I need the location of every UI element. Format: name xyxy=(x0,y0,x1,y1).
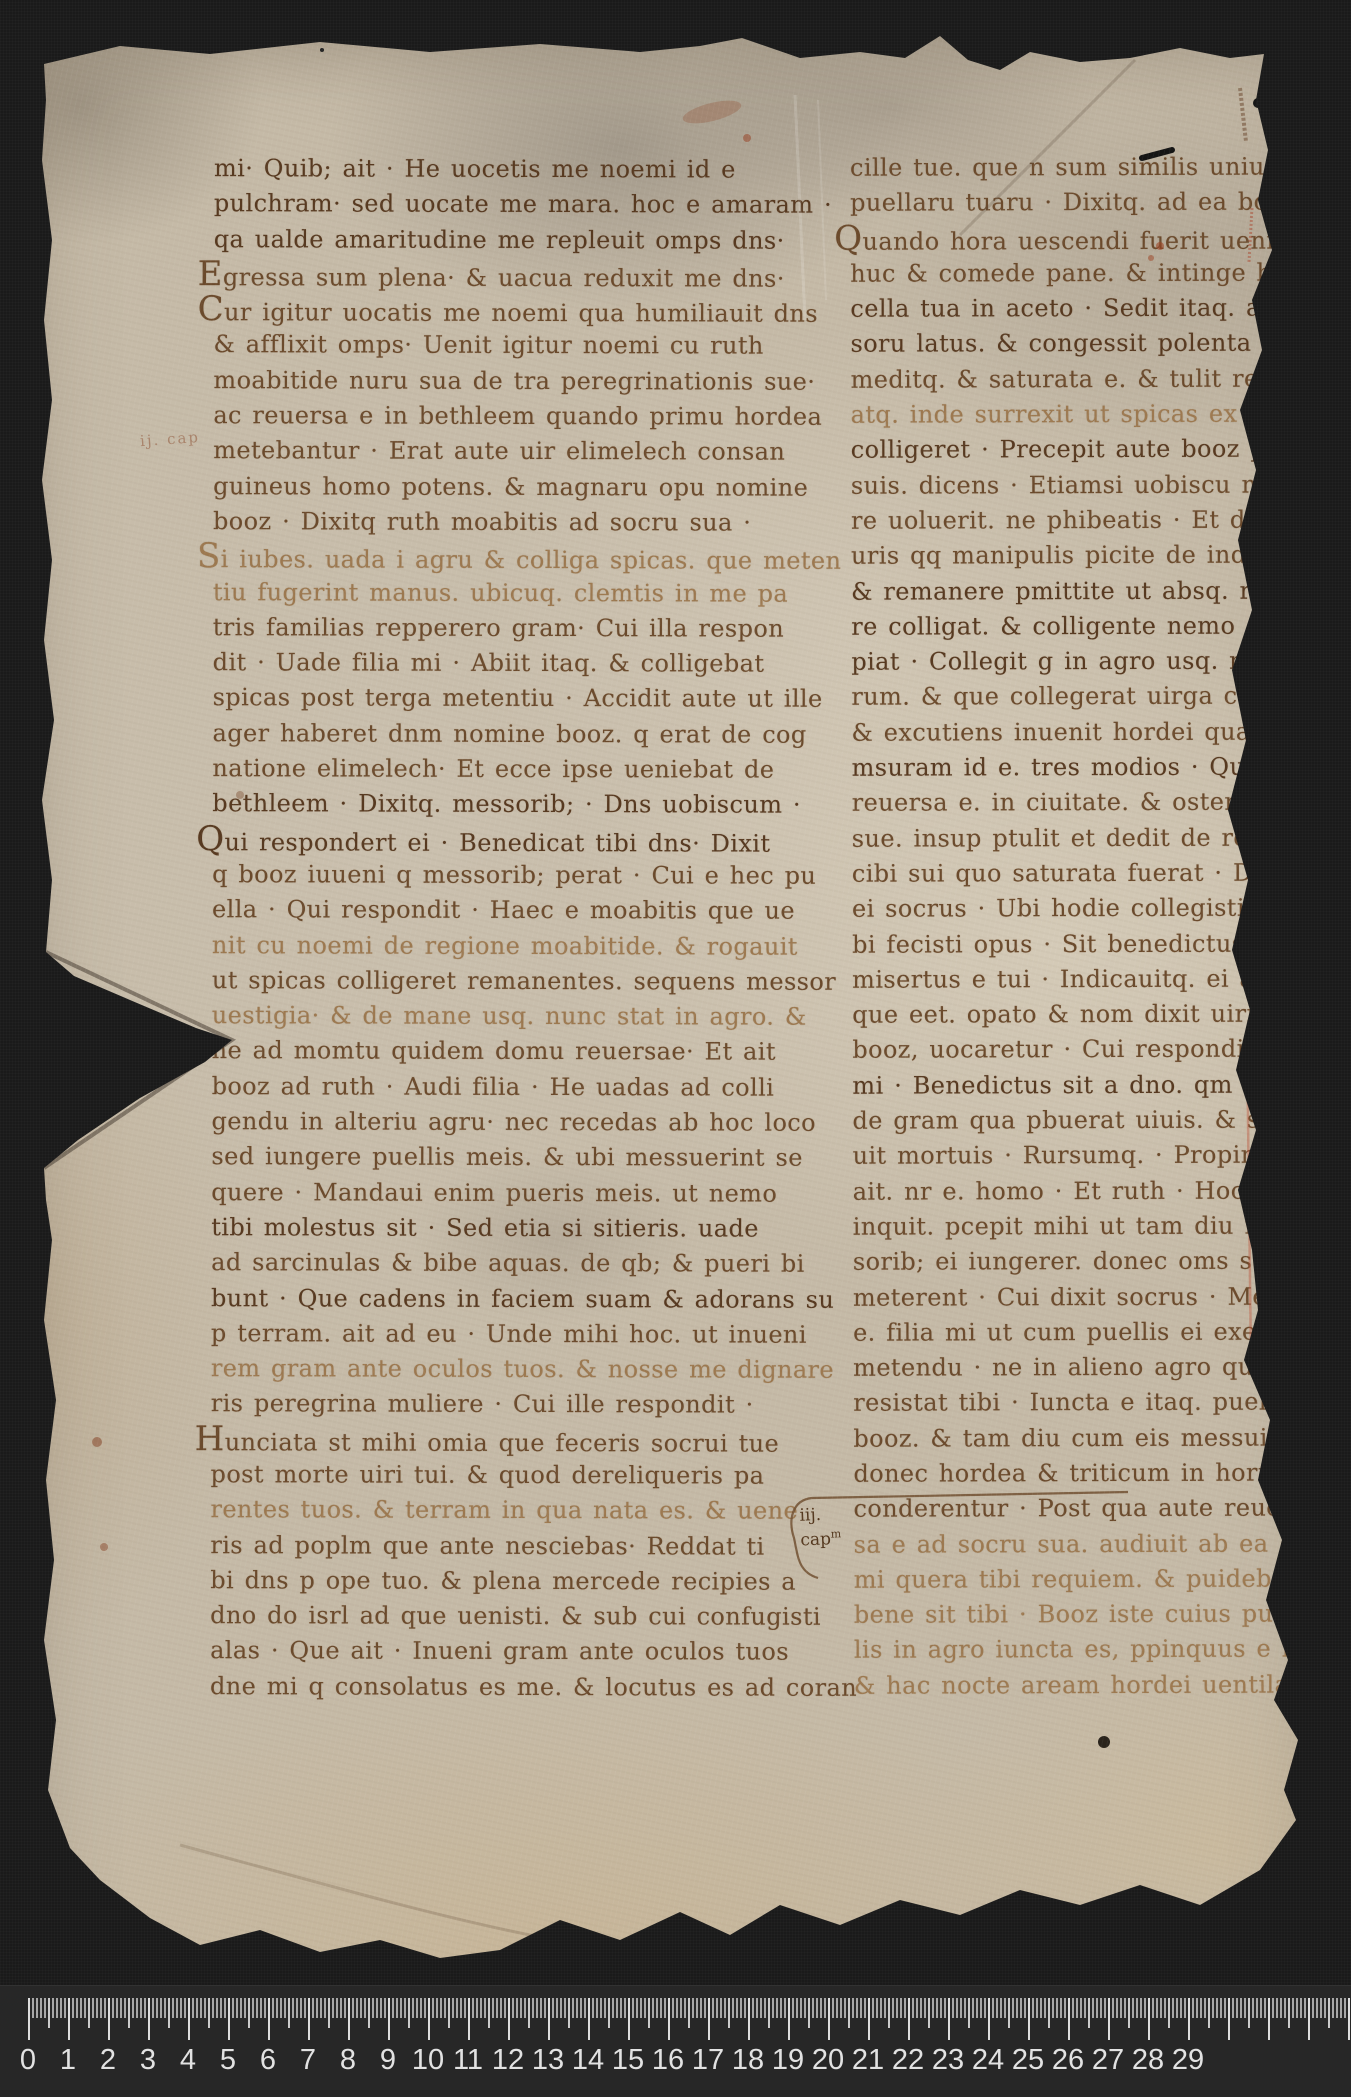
ruler-tick xyxy=(424,1998,426,2018)
ruler-tick xyxy=(1120,1998,1122,2018)
ruler-tick xyxy=(1040,1998,1042,2018)
ruler-tick xyxy=(1216,1998,1218,2018)
ruler-tick xyxy=(688,1998,690,2028)
manuscript-line: tiu fugerint manus. ubicuq. clemtis in m… xyxy=(213,575,853,612)
ruler-tick xyxy=(1100,1998,1102,2018)
parchment-hole xyxy=(1253,98,1263,108)
ruler-tick xyxy=(1300,1998,1302,2018)
ruler-tick xyxy=(892,1998,894,2018)
ruler-tick xyxy=(1284,1998,1286,2018)
ruler-tick xyxy=(168,1998,170,2028)
ruler-tick xyxy=(700,1998,702,2018)
ruler-tick xyxy=(660,1998,662,2018)
manuscript-line: sed iungere puellis meis. & ubi messueri… xyxy=(211,1139,851,1176)
ruler-tick xyxy=(1068,1998,1070,2040)
ruler-tick xyxy=(320,1998,322,2018)
ruler-tick xyxy=(1144,1998,1146,2018)
ruler-tick xyxy=(1092,1998,1094,2018)
ruler-tick xyxy=(92,1998,94,2018)
manuscript-line: booz · Dixitq ruth moabitis ad socru sua… xyxy=(213,504,853,541)
ruler-tick xyxy=(616,1998,618,2018)
ruler-tick xyxy=(916,1998,918,2018)
manuscript-line: donec hordea & triticum in horre xyxy=(853,1455,1351,1492)
stain xyxy=(92,1437,102,1447)
manuscript-line: metendu · ne in alieno agro quispi xyxy=(853,1349,1351,1386)
manuscript-line: reuersa e. in ciuitate. & ostendit socr xyxy=(852,785,1351,822)
ruler-tick xyxy=(760,1998,762,2018)
ruler-tick xyxy=(776,1998,778,2018)
ruler-tick xyxy=(712,1998,714,2018)
manuscript-line: & afflixit omps· Uenit igitur noemi cu r… xyxy=(213,328,853,365)
ruler-tick xyxy=(364,1998,366,2018)
ruler-tick xyxy=(1172,1998,1174,2018)
ruler-tick xyxy=(636,1998,638,2018)
ruler-tick xyxy=(36,1998,38,2018)
ruler-tick xyxy=(628,1998,630,2040)
ruler-tick xyxy=(1264,1998,1266,2018)
ruler-tick xyxy=(604,1998,606,2018)
ruler-number: 26 xyxy=(1052,2044,1084,2077)
ruler-tick xyxy=(492,1998,494,2018)
ruler-tick xyxy=(968,1998,970,2028)
manuscript-line: Hunciata st mihi omia que feceris socrui… xyxy=(211,1422,851,1459)
ruler-number: 20 xyxy=(812,2044,844,2077)
ruler-tick xyxy=(516,1998,518,2018)
ruler-tick xyxy=(976,1998,978,2018)
manuscript-line: pulchram· sed uocate me mara. hoc e amar… xyxy=(214,186,854,223)
ruler-number: 25 xyxy=(1012,2044,1044,2077)
manuscript-line: dit · Uade filia mi · Abiit itaq. & coll… xyxy=(213,645,853,682)
manuscript-line: meditq. & saturata e. & tulit reliq xyxy=(851,361,1351,398)
ruler-tick xyxy=(120,1998,122,2018)
manuscript-line: e. filia mi ut cum puellis ei exeas xyxy=(853,1314,1351,1351)
manuscript-line: msuram id e. tres modios · Quos por xyxy=(852,749,1351,786)
ruler-tick xyxy=(464,1998,466,2018)
ruler-tick xyxy=(80,1998,82,2018)
ruler-tick xyxy=(648,1998,650,2028)
ruler-tick xyxy=(188,1998,190,2040)
ruler-tick xyxy=(288,1998,290,2028)
ruler-tick xyxy=(316,1998,318,2018)
manuscript-line: que eet. opato & nom dixit uiri xyxy=(852,996,1351,1033)
ruler-tick xyxy=(860,1998,862,2018)
ruler-tick xyxy=(784,1998,786,2018)
ruler-tick xyxy=(532,1998,534,2018)
ruler-tick xyxy=(560,1998,562,2018)
ruler-tick xyxy=(404,1998,406,2018)
ruler-tick xyxy=(280,1998,282,2018)
ruler-tick xyxy=(88,1998,90,2028)
manuscript-line: meterent · Cui dixit socrus · Melu xyxy=(853,1279,1351,1316)
ruler-tick xyxy=(1324,1998,1326,2018)
manuscript-line: qa ualde amaritudine me repleuit omps dn… xyxy=(214,222,854,259)
manuscript-line: booz ad ruth · Audi filia · He uadas ad … xyxy=(212,1069,852,1106)
ruler-tick xyxy=(1344,1998,1346,2018)
ruler-number: 13 xyxy=(532,2044,564,2077)
manuscript-line: & remanere pmittite ut absq. rub xyxy=(851,573,1351,610)
ruler-tick xyxy=(1104,1998,1106,2018)
manuscript-line: colligeret · Precepit aute booz pue xyxy=(851,432,1351,469)
ruler-tick xyxy=(384,1998,386,2018)
ruler-tick xyxy=(808,1998,810,2028)
ruler-tick xyxy=(880,1998,882,2018)
ruler-tick xyxy=(472,1998,474,2018)
ruler-tick xyxy=(612,1998,614,2018)
ruler-tick xyxy=(1348,1998,1350,2040)
ruler-tick xyxy=(468,1998,470,2040)
ruler-tick xyxy=(28,1998,30,2040)
ruler-tick xyxy=(496,1998,498,2018)
ruler-tick xyxy=(1204,1998,1206,2018)
ruler: 0123456789101112131415161718192021222324… xyxy=(0,1985,1351,2097)
ruler-tick xyxy=(672,1998,674,2018)
manuscript-line: bi dns p ope tuo. & plena mercede recipi… xyxy=(210,1563,850,1600)
ruler-tick xyxy=(360,1998,362,2018)
ruler-tick xyxy=(1236,1998,1238,2018)
ruler-tick xyxy=(1196,1998,1198,2018)
ruler-tick xyxy=(588,1998,590,2040)
manuscript-line: & excutiens inuenit hordei quasi oe xyxy=(851,714,1351,751)
manuscript-line: re uoluerit. ne phibeatis · Et de xyxy=(851,502,1351,539)
ruler-tick xyxy=(704,1998,706,2018)
ruler-tick xyxy=(380,1998,382,2018)
stain xyxy=(100,1543,108,1551)
manuscript-line: ut spicas colligeret remanentes. sequens… xyxy=(212,963,852,1000)
ruler-tick xyxy=(412,1998,414,2018)
manuscript-line: metebantur · Erat aute uir elimelech con… xyxy=(213,434,853,471)
manuscript-line: dno do isrl ad que uenisti. & sub cui co… xyxy=(210,1598,850,1635)
ruler-tick xyxy=(640,1998,642,2018)
ruler-number: 14 xyxy=(572,2044,604,2077)
ruler-tick xyxy=(500,1998,502,2018)
ruler-tick xyxy=(396,1998,398,2018)
ruler-number: 11 xyxy=(453,2044,483,2077)
ruler-tick xyxy=(656,1998,658,2018)
ruler-tick xyxy=(304,1998,306,2018)
ruler-tick xyxy=(352,1998,354,2018)
manuscript-line: bene sit tibi · Booz iste cuius pue xyxy=(854,1596,1351,1633)
ruler-number: 18 xyxy=(732,2044,764,2077)
manuscript-line: sue. insup ptulit et dedit de reliq xyxy=(852,820,1351,857)
manuscript-line: Qui respondert ei · Benedicat tibi dns· … xyxy=(212,822,852,859)
ruler-tick xyxy=(132,1998,134,2018)
manuscript-line: Cur igitur uocatis me noemi qua humiliau… xyxy=(214,292,854,329)
ruler-tick xyxy=(1180,1998,1182,2018)
ruler-tick xyxy=(392,1998,394,2018)
ruler-tick xyxy=(328,1998,330,2028)
ruler-tick xyxy=(956,1998,958,2018)
ruler-tick xyxy=(872,1998,874,2018)
ruler-tick xyxy=(104,1998,106,2018)
ruler-number: 9 xyxy=(380,2044,396,2077)
ruler-tick xyxy=(408,1998,410,2028)
ruler-tick xyxy=(804,1998,806,2018)
manuscript-line: cille tue. que n sum similis unius xyxy=(850,149,1351,186)
ruler-tick xyxy=(1176,1998,1178,2018)
ruler-tick xyxy=(1112,1998,1114,2018)
ruler-tick xyxy=(176,1998,178,2018)
ruler-tick xyxy=(848,1998,850,2028)
ruler-tick xyxy=(260,1998,262,2018)
ruler-tick xyxy=(284,1998,286,2018)
manuscript-line: puellaru tuaru · Dixitq. ad ea bo xyxy=(850,185,1351,222)
ruler-tick xyxy=(228,1998,230,2040)
ruler-tick xyxy=(212,1998,214,2018)
manuscript-line: alas · Que ait · Inueni gram ante oculos… xyxy=(210,1634,850,1671)
ruler-tick xyxy=(1032,1998,1034,2018)
ruler-tick xyxy=(896,1998,898,2018)
ruler-tick xyxy=(196,1998,198,2018)
manuscript-line: & hac nocte aream hordei uentilat xyxy=(854,1667,1351,1704)
ruler-tick xyxy=(580,1998,582,2018)
manuscript-line: Quando hora uescendi fuerit ueni xyxy=(850,220,1351,257)
manuscript-line: tibi molestus sit · Sed etia si sitieris… xyxy=(211,1210,851,1247)
ruler-tick xyxy=(1288,1998,1290,2028)
ruler-tick xyxy=(512,1998,514,2018)
manuscript-line: suis. dicens · Etiamsi uobiscu mete xyxy=(851,467,1351,504)
ruler-tick xyxy=(1228,1998,1230,2040)
ruler-tick xyxy=(1156,1998,1158,2018)
manuscript-line: ella · Qui respondit · Haec e moabitis q… xyxy=(212,892,852,929)
ruler-tick xyxy=(208,1998,210,2028)
ruler-tick xyxy=(572,1998,574,2018)
ruler-number: 1 xyxy=(60,2044,76,2077)
ruler-tick xyxy=(528,1998,530,2028)
ruler-tick xyxy=(440,1998,442,2018)
ruler-tick xyxy=(136,1998,138,2018)
ruler-tick xyxy=(76,1998,78,2018)
ruler-tick xyxy=(888,1998,890,2028)
ruler-tick xyxy=(692,1998,694,2018)
ruler-tick xyxy=(272,1998,274,2018)
ruler-number: 4 xyxy=(180,2044,196,2077)
ruler-tick xyxy=(864,1998,866,2018)
ruler-tick xyxy=(1128,1998,1130,2028)
manuscript-line: ris ad poplm que ante nesciebas· Reddat … xyxy=(210,1528,850,1565)
manuscript-line: guineus homo potens. & magnaru opu nomin… xyxy=(213,469,853,506)
manuscript-line: spicas post terga metentiu · Accidit aut… xyxy=(213,681,853,718)
ruler-tick xyxy=(1272,1998,1274,2018)
manuscript-line: quere · Mandaui enim pueris meis. ut nem… xyxy=(211,1175,851,1212)
manuscript-line: rum. & que collegerat uirga ceden xyxy=(851,679,1351,716)
ruler-tick xyxy=(344,1998,346,2018)
ruler-tick xyxy=(504,1998,506,2018)
ruler-tick xyxy=(1024,1998,1026,2018)
ruler-tick xyxy=(44,1998,46,2018)
ruler-tick xyxy=(160,1998,162,2018)
ruler-tick xyxy=(768,1998,770,2028)
ruler-number: 24 xyxy=(972,2044,1004,2077)
ruler-number: 23 xyxy=(932,2044,964,2077)
ruler-tick xyxy=(940,1998,942,2018)
ruler-number: 22 xyxy=(892,2044,924,2077)
ruler-tick xyxy=(728,1998,730,2028)
ruler-tick xyxy=(192,1998,194,2018)
ruler-tick xyxy=(780,1998,782,2018)
manuscript-line: booz, uocaretur · Cui respondit xyxy=(852,1032,1351,1069)
ruler-tick xyxy=(1280,1998,1282,2018)
manuscript-line: atq. inde surrexit ut spicas ex mor xyxy=(851,396,1351,433)
ruler-tick xyxy=(220,1998,222,2018)
ruler-tick xyxy=(72,1998,74,2018)
ruler-tick xyxy=(644,1998,646,2018)
ruler-tick xyxy=(236,1998,238,2018)
manuscript-line: re colligat. & colligente nemo cor xyxy=(851,608,1351,645)
ruler-tick xyxy=(540,1998,542,2018)
ruler-number: 8 xyxy=(340,2044,356,2077)
ruler-tick xyxy=(748,1998,750,2040)
chapter-word: capm xyxy=(800,1524,842,1550)
ruler-tick xyxy=(544,1998,546,2018)
ruler-tick xyxy=(312,1998,314,2018)
text-column-right: cille tue. que n sum similis uniuspuella… xyxy=(850,149,1351,1703)
ruler-number: 0 xyxy=(20,2044,36,2077)
manuscript-line: rem gram ante oculos tuos. & nosse me di… xyxy=(211,1351,851,1388)
ruler-tick xyxy=(488,1998,490,2028)
ruler-tick xyxy=(972,1998,974,2018)
ruler-tick xyxy=(936,1998,938,2018)
ruler-tick xyxy=(224,1998,226,2018)
ruler-tick xyxy=(664,1998,666,2018)
ruler-tick xyxy=(720,1998,722,2018)
ruler-tick xyxy=(1256,1998,1258,2018)
ruler-tick xyxy=(536,1998,538,2018)
ruler-tick xyxy=(668,1998,670,2040)
stain xyxy=(743,134,751,142)
ruler-tick xyxy=(1168,1998,1170,2028)
ruler-tick xyxy=(600,1998,602,2018)
ruler-tick xyxy=(256,1998,258,2018)
ruler-tick xyxy=(1004,1998,1006,2018)
ruler-tick xyxy=(1312,1998,1314,2018)
ruler-tick xyxy=(816,1998,818,2018)
ruler-tick xyxy=(112,1998,114,2018)
ruler-tick xyxy=(696,1998,698,2018)
ruler-tick xyxy=(1340,1998,1342,2018)
ruler-tick xyxy=(632,1998,634,2018)
ruler-tick xyxy=(32,1998,34,2018)
ruler-tick xyxy=(1076,1998,1078,2018)
ruler-tick xyxy=(1276,1998,1278,2018)
ruler-tick xyxy=(552,1998,554,2018)
ruler-tick xyxy=(1044,1998,1046,2018)
ruler-tick xyxy=(52,1998,54,2018)
ruler-number: 3 xyxy=(140,2044,156,2077)
ruler-tick xyxy=(1056,1998,1058,2018)
ruler-tick xyxy=(1224,1998,1226,2018)
ruler-tick xyxy=(1296,1998,1298,2018)
ruler-tick xyxy=(988,1998,990,2040)
manuscript-line: resistat tibi · Iuncta e itaq. puell xyxy=(853,1385,1351,1422)
ruler-tick xyxy=(1220,1998,1222,2018)
ink-dot xyxy=(310,36,315,41)
ruler-tick xyxy=(836,1998,838,2018)
ruler-tick xyxy=(1160,1998,1162,2018)
ruler-tick xyxy=(564,1998,566,2018)
ruler-tick xyxy=(520,1998,522,2018)
manuscript-line: Si iubes. uada i agru & colliga spicas. … xyxy=(213,539,853,576)
ruler-tick xyxy=(1072,1998,1074,2018)
ruler-number: 28 xyxy=(1132,2044,1164,2077)
ruler-tick xyxy=(244,1998,246,2018)
ruler-tick xyxy=(436,1998,438,2018)
ruler-tick xyxy=(508,1998,510,2040)
manuscript-line: huc & comede pane. & intinge buc xyxy=(850,255,1351,292)
ruler-number: 2 xyxy=(100,2044,116,2077)
ruler-tick xyxy=(1016,1998,1018,2018)
ruler-tick xyxy=(524,1998,526,2018)
ruler-tick xyxy=(300,1998,302,2018)
ruler-tick xyxy=(932,1998,934,2018)
manuscript-line: lis in agro iuncta es, ppinquus e nr· xyxy=(854,1632,1351,1669)
ruler-number: 21 xyxy=(852,2044,884,2077)
ruler-tick xyxy=(1140,1998,1142,2018)
manuscript-line: sorib; ei iungerer. donec oms segr xyxy=(853,1243,1351,1280)
manuscript-line: uit mortuis · Rursumq. · Propin xyxy=(853,1138,1351,1175)
manuscript-line: mi · Benedictus sit a dno. qm ea xyxy=(852,1067,1351,1104)
ruler-tick xyxy=(456,1998,458,2018)
manuscript-line: mi quera tibi requiem. & puidebo xyxy=(854,1561,1351,1598)
ruler-tick xyxy=(884,1998,886,2018)
ruler-tick xyxy=(984,1998,986,2018)
ruler-tick xyxy=(920,1998,922,2018)
ruler-tick xyxy=(1308,1998,1310,2040)
ruler-tick xyxy=(596,1998,598,2018)
ruler-tick xyxy=(1052,1998,1054,2018)
ruler-tick xyxy=(276,1998,278,2018)
photo-stage: mi· Quib; ait · He uocetis me noemi id e… xyxy=(0,0,1351,2097)
manuscript-line: misertus e tui · Indicauitq. ei apu xyxy=(852,961,1351,998)
ruler-tick xyxy=(1008,1998,1010,2028)
ruler-tick xyxy=(904,1998,906,2018)
ruler-tick xyxy=(876,1998,878,2018)
ruler-tick xyxy=(324,1998,326,2018)
ruler-tick xyxy=(116,1998,118,2018)
manuscript-line: p terram. ait ad eu · Unde mihi hoc. ut … xyxy=(211,1316,851,1353)
ruler-tick xyxy=(952,1998,954,2018)
ruler-tick xyxy=(484,1998,486,2018)
manuscript-line: ait. nr e. homo · Et ruth · Hoc q xyxy=(853,1173,1351,1210)
ruler-tick xyxy=(1048,1998,1050,2028)
ruler-number: 6 xyxy=(260,2044,276,2077)
ruler-tick xyxy=(796,1998,798,2018)
ruler-tick xyxy=(1088,1998,1090,2028)
ruler-tick xyxy=(948,1998,950,2040)
ruler-tick xyxy=(1108,1998,1110,2040)
ruler-tick xyxy=(248,1998,250,2028)
ruler-tick xyxy=(1080,1998,1082,2018)
manuscript-line: q booz iuueni q messorib; perat · Cui e … xyxy=(212,857,852,894)
ruler-tick xyxy=(1096,1998,1098,2018)
manuscript-line: ei socrus · Ubi hodie collegisti. & xyxy=(852,891,1351,928)
ruler-tick xyxy=(960,1998,962,2018)
ruler-tick xyxy=(556,1998,558,2018)
ruler-tick xyxy=(772,1998,774,2018)
faded-edge-script xyxy=(1240,88,1246,142)
ruler-tick xyxy=(376,1998,378,2018)
ruler-tick xyxy=(428,1998,430,2040)
ruler-number: 17 xyxy=(692,2044,724,2077)
ruler-tick xyxy=(48,1998,50,2028)
ruler-tick xyxy=(96,1998,98,2018)
ruler-tick xyxy=(576,1998,578,2018)
ruler-tick xyxy=(828,1998,830,2040)
ruler-tick xyxy=(900,1998,902,2018)
manuscript-line: piat · Collegit g in agro usq. mues xyxy=(851,643,1351,680)
ruler-tick xyxy=(340,1998,342,2018)
ruler-tick xyxy=(204,1998,206,2018)
manuscript-line: soru latus. & congessit polenta sibi xyxy=(850,326,1351,363)
